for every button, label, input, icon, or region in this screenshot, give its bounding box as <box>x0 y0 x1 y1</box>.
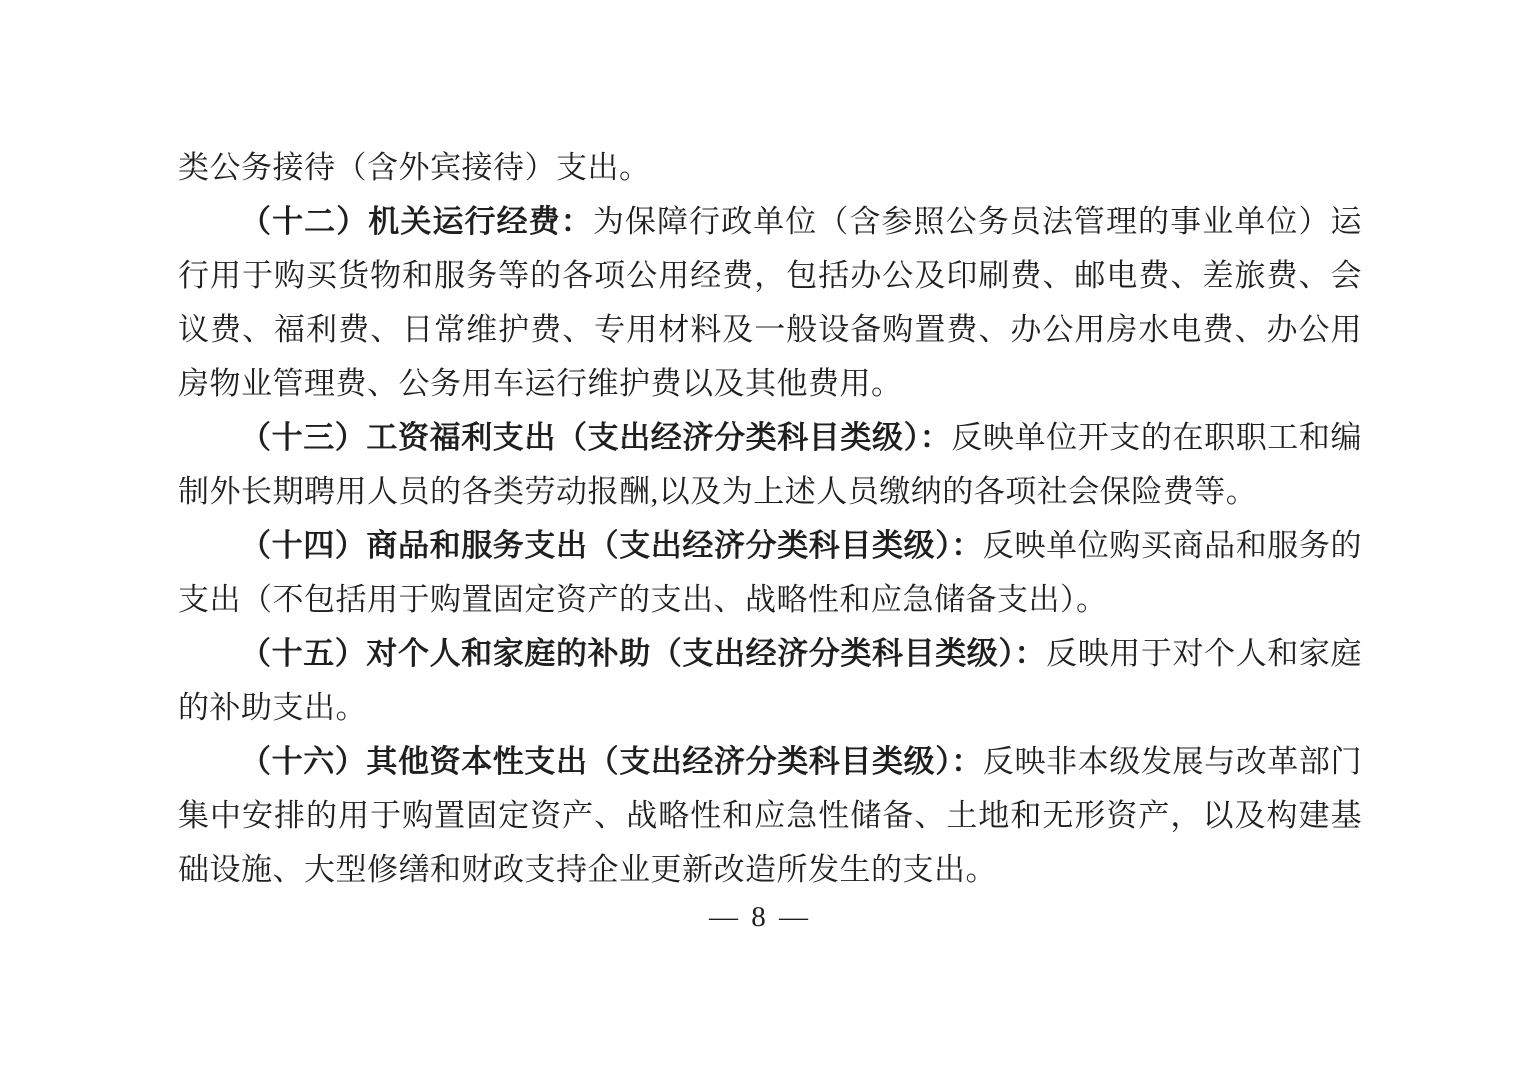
page-number: — 8 — <box>0 901 1520 934</box>
paragraph-continuation: 类公务接待（含外宾接待）支出。 <box>178 141 1362 195</box>
paragraph-section-16: （十六）其他资本性支出（支出经济分类科目类级）：反映非本级发展与改革部门集中安排… <box>178 735 1362 897</box>
paragraph-section-13: （十三）工资福利支出（支出经济分类科目类级）：反映单位开支的在职职工和编制外长期… <box>178 411 1362 519</box>
section-lead: （十四）商品和服务支出（支出经济分类科目类级）： <box>240 528 983 563</box>
section-lead: （十二）机关运行经费： <box>240 204 593 239</box>
section-lead: （十五）对个人和家庭的补助（支出经济分类科目类级）： <box>240 636 1046 671</box>
section-lead: （十三）工资福利支出（支出经济分类科目类级）： <box>240 420 951 455</box>
paragraph-text: 类公务接待（含外宾接待）支出。 <box>178 150 651 185</box>
section-lead: （十六）其他资本性支出（支出经济分类科目类级）： <box>240 744 983 779</box>
paragraph-section-12: （十二）机关运行经费：为保障行政单位（含参照公务员法管理的事业单位）运行用于购买… <box>178 195 1362 411</box>
paragraph-section-14: （十四）商品和服务支出（支出经济分类科目类级）：反映单位购买商品和服务的支出（不… <box>178 519 1362 627</box>
document-page: 类公务接待（含外宾接待）支出。 （十二）机关运行经费：为保障行政单位（含参照公务… <box>0 0 1520 1074</box>
paragraph-section-15: （十五）对个人和家庭的补助（支出经济分类科目类级）：反映用于对个人和家庭的补助支… <box>178 627 1362 735</box>
document-body: 类公务接待（含外宾接待）支出。 （十二）机关运行经费：为保障行政单位（含参照公务… <box>178 141 1362 897</box>
